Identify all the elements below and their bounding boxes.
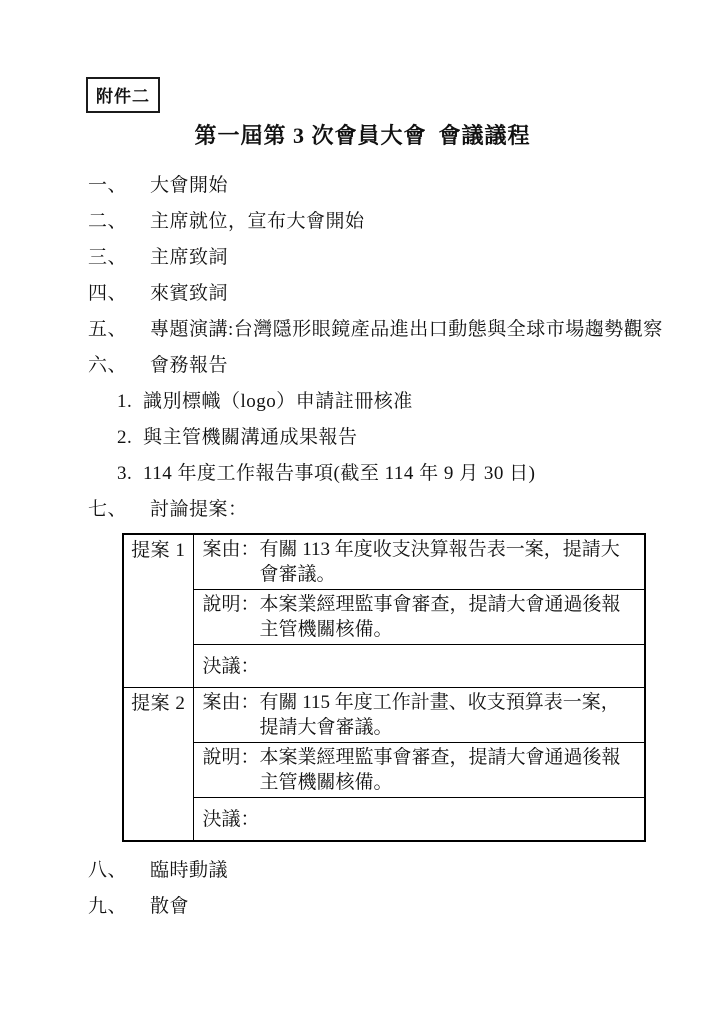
proposal-1-label: 提案 1 — [123, 534, 193, 688]
subitem-text: 114 年度工作報告事項(截至 114 年 9 月 30 日) — [143, 461, 536, 487]
agenda-item-text: 會務報告 — [150, 353, 228, 379]
agenda-item-number: 三、 — [88, 245, 150, 271]
agenda-item-number: 六、 — [88, 353, 150, 379]
agenda-list: 一、 大會開始 二、 主席就位，宣布大會開始 三、 主席致詞 四、 來賓致詞 五… — [0, 173, 725, 920]
agenda-item-number: 五、 — [88, 317, 150, 343]
agenda-item-6: 六、 會務報告 — [88, 353, 685, 379]
subitem-number: 2. — [117, 425, 143, 451]
agenda-item-text: 臨時動議 — [150, 858, 228, 884]
agenda-item-7: 七、 討論提案： — [88, 497, 685, 523]
case-text-line2: 提請大會審議。 — [260, 715, 640, 740]
agenda-item-number: 四、 — [88, 281, 150, 307]
subitem-text: 識別標幟（logo）申請註冊核准 — [143, 389, 413, 415]
agenda-item-text: 討論提案： — [150, 497, 248, 523]
proposal-1-case-cell: 案由： 有關 113 年度收支決算報告表一案，提請大 會審議。 — [193, 534, 645, 590]
agenda-item-5: 五、 專題演講:台灣隱形眼鏡產品進出口動態與全球市場趨勢觀察 — [88, 317, 685, 343]
agenda-item-text: 專題演講:台灣隱形眼鏡產品進出口動態與全球市場趨勢觀察 — [150, 317, 663, 343]
agenda-item-1: 一、 大會開始 — [88, 173, 685, 199]
explanation-text-line2: 主管機關核備。 — [260, 770, 640, 795]
case-text-line1: 有關 113 年度收支決算報告表一案，提請大 — [260, 537, 640, 562]
agenda-item-8: 八、 臨時動議 — [88, 858, 685, 884]
proposals-table: 提案 1 案由： 有關 113 年度收支決算報告表一案，提請大 會審議。 — [122, 533, 646, 842]
resolution-key: 決議： — [203, 807, 260, 832]
proposal-2-label: 提案 2 — [123, 688, 193, 842]
explanation-text-line1: 本案業經理監事會審查，提請大會通過後報 — [260, 592, 640, 617]
report-subitem-3: 3. 114 年度工作報告事項(截至 114 年 9 月 30 日) — [117, 461, 685, 487]
agenda-item-2: 二、 主席就位，宣布大會開始 — [88, 209, 685, 235]
explanation-key: 說明： — [203, 592, 260, 642]
agenda-item-number: 九、 — [88, 894, 150, 920]
table-row: 提案 2 案由： 有關 115 年度工作計畫、收支預算表一案， 提請大會審議。 — [123, 688, 645, 743]
proposal-1-resolution-cell: 決議： — [193, 645, 645, 688]
agenda-item-number: 二、 — [88, 209, 150, 235]
agenda-item-number: 八、 — [88, 858, 150, 884]
agenda-item-text: 主席致詞 — [150, 245, 228, 271]
agenda-item-3: 三、 主席致詞 — [88, 245, 685, 271]
resolution-key: 決議： — [203, 654, 260, 679]
case-key: 案由： — [203, 537, 260, 587]
case-key: 案由： — [203, 690, 260, 740]
proposal-1-explanation-cell: 說明： 本案業經理監事會審查，提請大會通過後報 主管機關核備。 — [193, 590, 645, 645]
table-row: 說明： 本案業經理監事會審查，提請大會通過後報 主管機關核備。 — [123, 743, 645, 798]
table-row: 提案 1 案由： 有關 113 年度收支決算報告表一案，提請大 會審議。 — [123, 534, 645, 590]
page-title: 第一屆第 3 次會員大會 會議議程 — [0, 0, 725, 150]
report-subitem-1: 1. 識別標幟（logo）申請註冊核准 — [117, 389, 685, 415]
table-row: 決議： — [123, 798, 645, 842]
report-sublist: 1. 識別標幟（logo）申請註冊核准 2. 與主管機關溝通成果報告 3. 11… — [117, 389, 685, 487]
agenda-item-text: 大會開始 — [150, 173, 228, 199]
table-row: 決議： — [123, 645, 645, 688]
proposal-2-explanation-cell: 說明： 本案業經理監事會審查，提請大會通過後報 主管機關核備。 — [193, 743, 645, 798]
explanation-key: 說明： — [203, 745, 260, 795]
explanation-text-line1: 本案業經理監事會審查，提請大會通過後報 — [260, 745, 640, 770]
agenda-item-4: 四、 來賓致詞 — [88, 281, 685, 307]
proposal-2-resolution-cell: 決議： — [193, 798, 645, 842]
subitem-number: 3. — [117, 461, 143, 487]
agenda-item-number: 一、 — [88, 173, 150, 199]
proposal-2-case-cell: 案由： 有關 115 年度工作計畫、收支預算表一案， 提請大會審議。 — [193, 688, 645, 743]
subitem-text: 與主管機關溝通成果報告 — [143, 425, 358, 451]
agenda-item-text: 主席就位，宣布大會開始 — [150, 209, 365, 235]
explanation-text-line2: 主管機關核備。 — [260, 617, 640, 642]
table-row: 說明： 本案業經理監事會審查，提請大會通過後報 主管機關核備。 — [123, 590, 645, 645]
case-text-line2: 會審議。 — [260, 562, 640, 587]
subitem-number: 1. — [117, 389, 143, 415]
case-text-line1: 有關 115 年度工作計畫、收支預算表一案， — [260, 690, 640, 715]
agenda-item-number: 七、 — [88, 497, 150, 523]
agenda-item-text: 散會 — [150, 894, 189, 920]
agenda-item-text: 來賓致詞 — [150, 281, 228, 307]
agenda-item-9: 九、 散會 — [88, 894, 685, 920]
report-subitem-2: 2. 與主管機關溝通成果報告 — [117, 425, 685, 451]
attachment-label: 附件二 — [86, 77, 160, 113]
document-page: 附件二 第一屆第 3 次會員大會 會議議程 一、 大會開始 二、 主席就位，宣布… — [0, 0, 725, 1024]
